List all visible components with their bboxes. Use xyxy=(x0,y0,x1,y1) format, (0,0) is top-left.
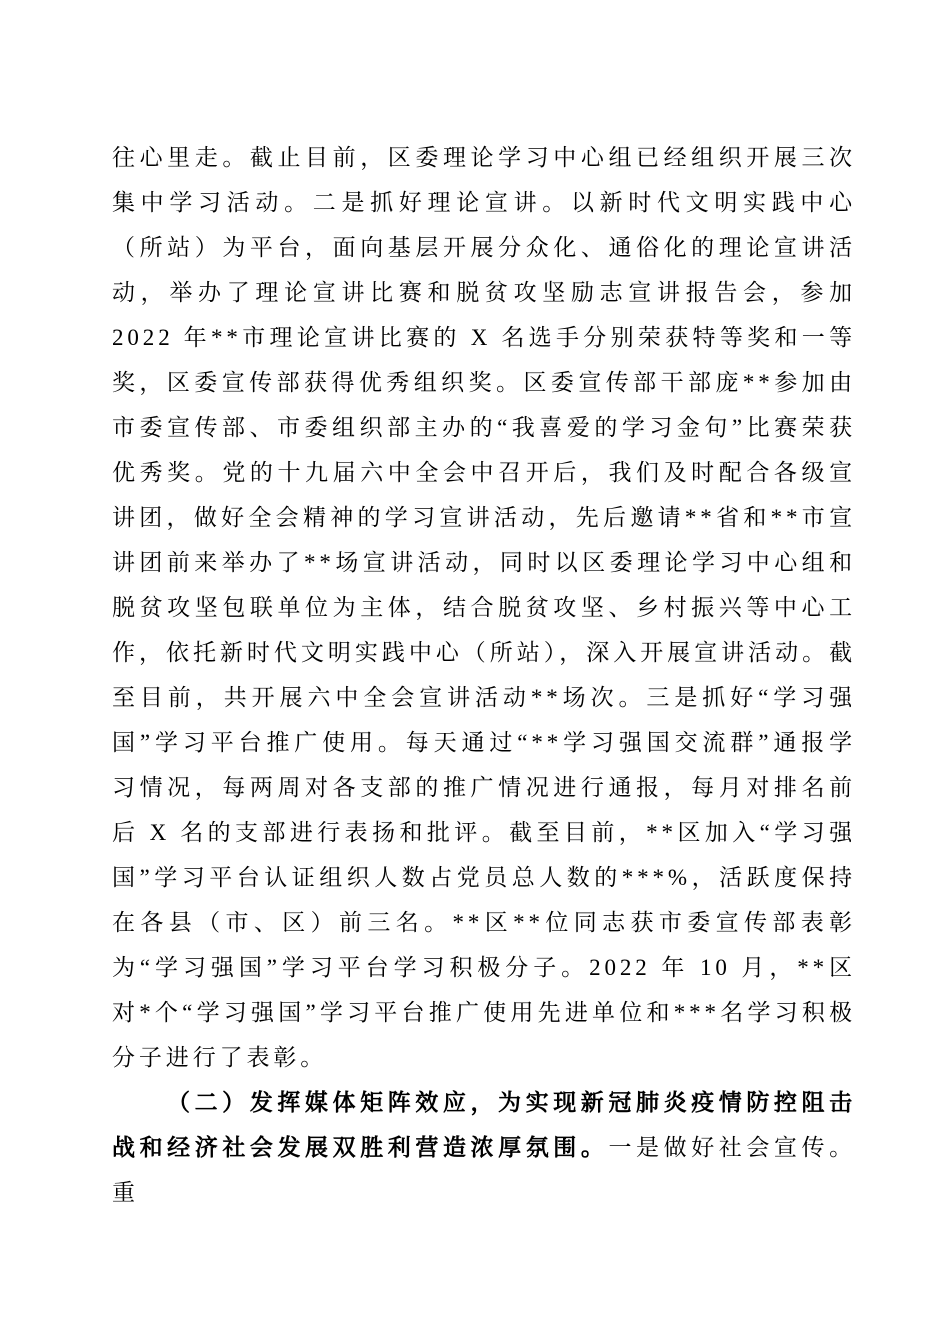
paragraph: 往心里走。截止目前，区委理论学习中心组已经组织开展三次集中学习活动。二是抓好理论… xyxy=(112,135,856,1080)
document-page: 往心里走。截止目前，区委理论学习中心组已经组织开展三次集中学习活动。二是抓好理论… xyxy=(0,0,950,1344)
paragraph: （二）发挥媒体矩阵效应，为实现新冠肺炎疫情防控阻击战和经济社会发展双胜利营造浓厚… xyxy=(112,1080,856,1215)
document-body: 往心里走。截止目前，区委理论学习中心组已经组织开展三次集中学习活动。二是抓好理论… xyxy=(112,135,856,1215)
body-text: 往心里走。截止目前，区委理论学习中心组已经组织开展三次集中学习活动。二是抓好理论… xyxy=(112,145,856,1070)
